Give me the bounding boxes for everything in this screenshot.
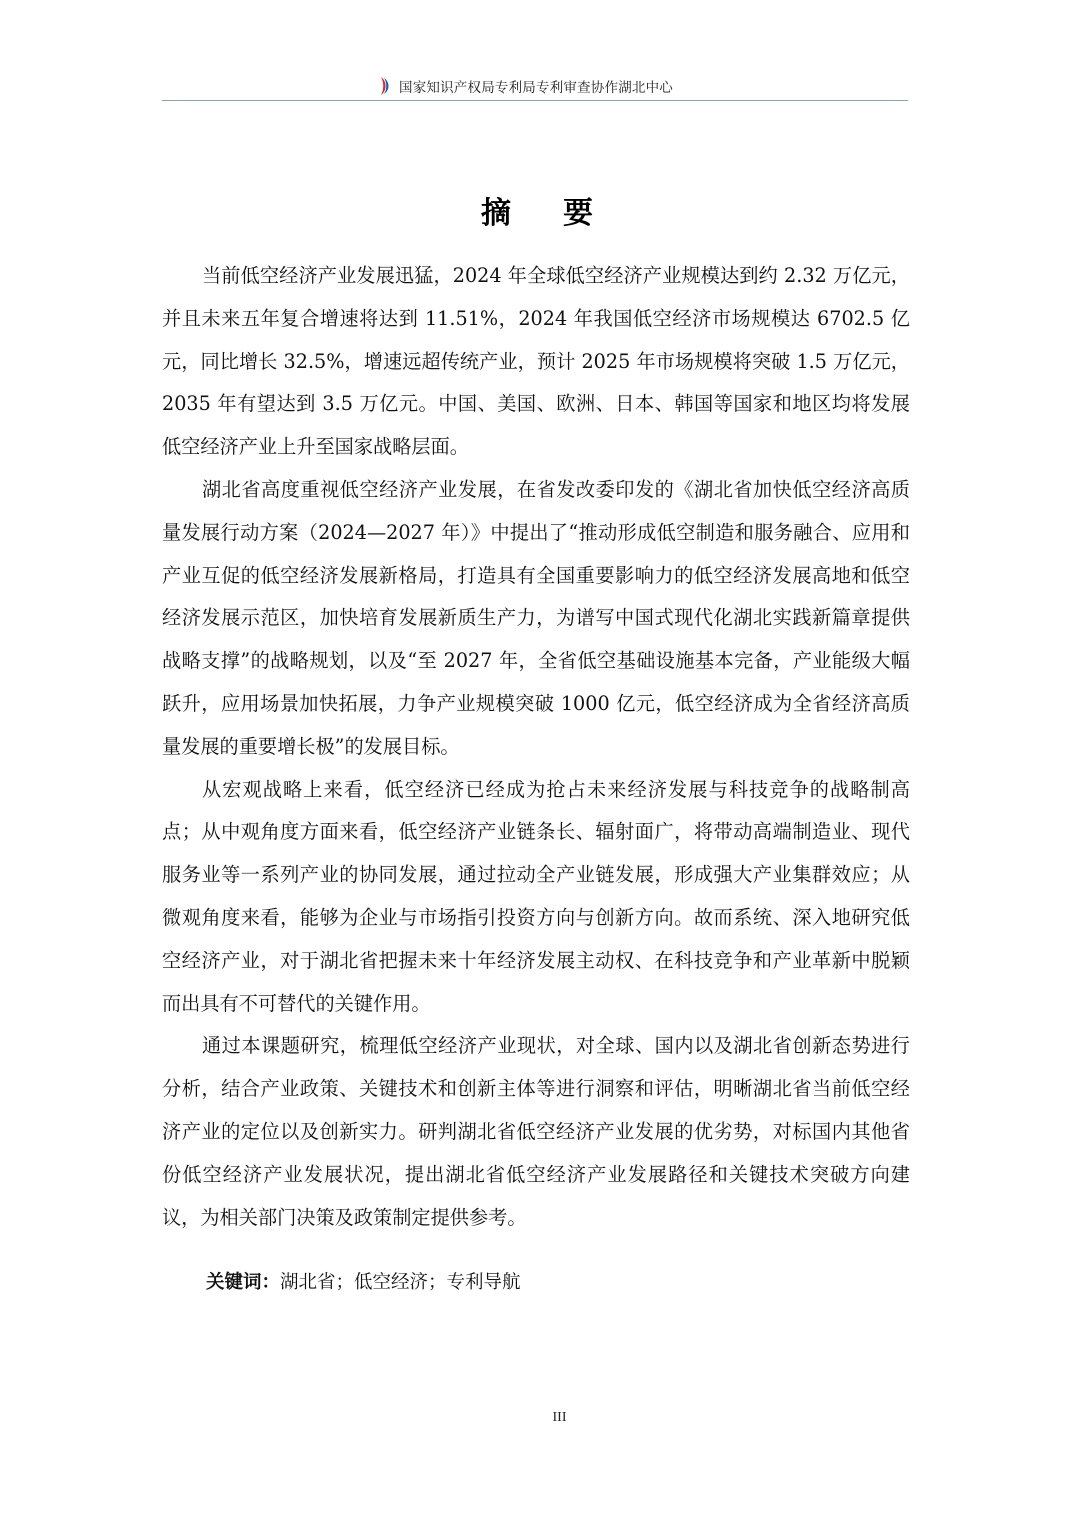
institution-logo-icon [377, 76, 391, 96]
paragraph-hubei-policy: 湖北省高度重视低空经济产业发展，在省发改委印发的《湖北省加快低空经济高质量发展行… [162, 469, 910, 769]
keywords-label: 关键词： [206, 1272, 280, 1293]
paragraph-market-overview: 当前低空经济产业发展迅猛，2024 年全球低空经济产业规模达到约 2.32 万亿… [162, 255, 910, 469]
header-divider [162, 100, 908, 101]
abstract-body: 当前低空经济产业发展迅猛，2024 年全球低空经济产业规模达到约 2.32 万亿… [162, 255, 910, 1239]
page-number: III [0, 1410, 1074, 1426]
title-char-1: 摘 [481, 188, 511, 232]
paragraph-strategic-significance: 从宏观战略上来看，低空经济已经成为抢占未来经济发展与科技竞争的战略制高点；从中观… [162, 769, 910, 1026]
paragraph-research-purpose: 通过本课题研究，梳理低空经济产业现状，对全球、国内以及湖北省创新态势进行分析，结… [162, 1025, 910, 1239]
title-char-2: 要 [563, 188, 593, 232]
keywords-line: 关键词：湖北省；低空经济；专利导航 [206, 1268, 521, 1294]
keywords-value: 湖北省；低空经济；专利导航 [280, 1272, 521, 1293]
page-title: 摘要 [0, 188, 1074, 232]
page-header: 国家知识产权局专利局专利审查协作湖北中心 [162, 72, 908, 100]
header-organization-name: 国家知识产权局专利局专利审查协作湖北中心 [399, 76, 673, 96]
header-inner: 国家知识产权局专利局专利审查协作湖北中心 [377, 76, 673, 96]
